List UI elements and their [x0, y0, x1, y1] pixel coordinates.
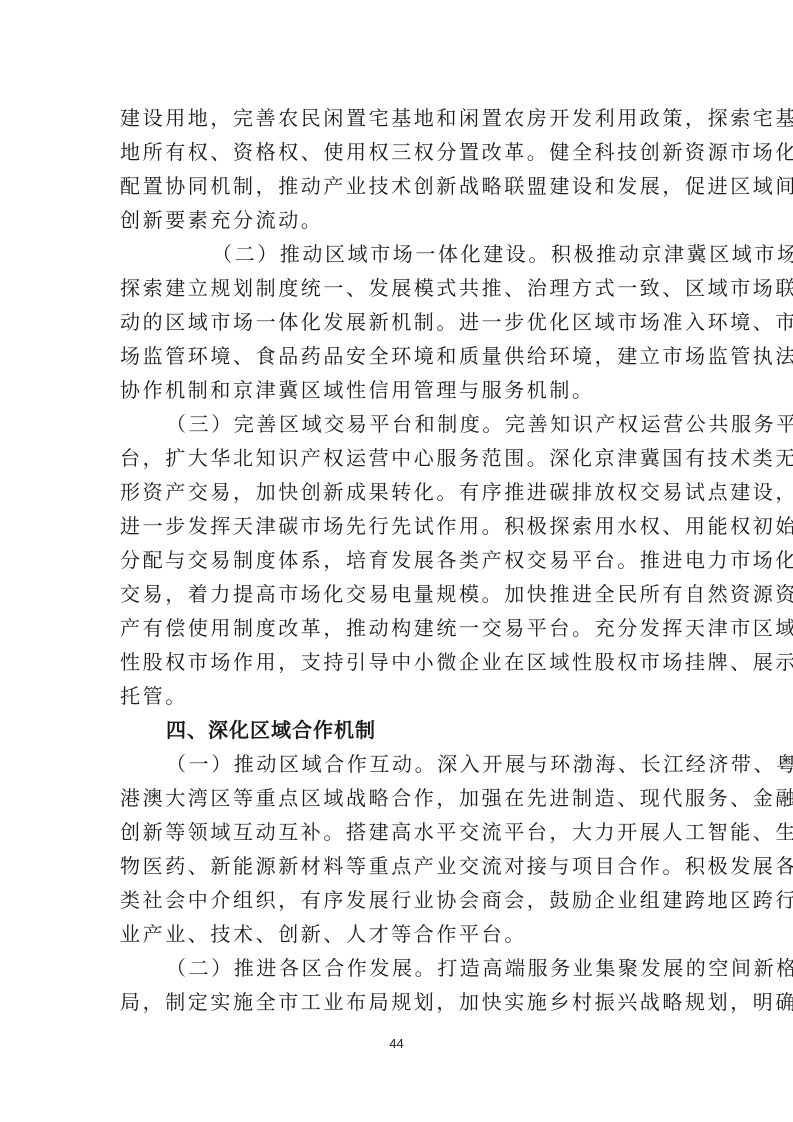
text-line: 性股权市场作用，支持引导中小微企业在区域性股权市场挂牌、展示、: [120, 645, 673, 679]
text-line: 产有偿使用制度改革，推动构建统一交易平台。充分发挥天津市区域: [120, 611, 673, 645]
text-line: 类社会中介组织，有序发展行业协会商会，鼓励企业组建跨地区跨行: [120, 883, 673, 917]
text-line: 港澳大湾区等重点区域战略合作，加强在先进制造、现代服务、金融: [120, 781, 673, 815]
text-line: 协作机制和京津冀区域性信用管理与服务机制。: [120, 373, 673, 407]
text-line: 配置协同机制，推动产业技术创新战略联盟建设和发展，促进区域间: [120, 169, 673, 203]
page-number: 44: [0, 1036, 793, 1051]
text-line: 局，制定实施全市工业布局规划，加快实施乡村振兴战略规划，明确: [120, 985, 673, 1019]
text-line: 台，扩大华北知识产权运营中心服务范围。深化京津冀国有技术类无: [120, 441, 673, 475]
text-line: 地所有权、资格权、使用权三权分置改革。健全科技创新资源市场化: [120, 135, 673, 169]
text-line: 进一步发挥天津碳市场先行先试作用。积极探索用水权、用能权初始: [120, 509, 673, 543]
paragraph-district-cooperation: （二）推进各区合作发展。打造高端服务业集聚发展的空间新格 局，制定实施全市工业布…: [120, 951, 673, 1019]
text-line: 创新要素充分流动。: [120, 203, 673, 237]
text-line: 动的区域市场一体化发展新机制。进一步优化区域市场准入环境、市: [120, 305, 673, 339]
paragraph-continuation: 建设用地，完善农民闲置宅基地和闲置农房开发利用政策，探索宅基 地所有权、资格权、…: [120, 101, 673, 237]
text-line: （二）推动区域市场一体化建设。积极推动京津冀区域市场建设，: [120, 237, 673, 271]
text-line: （三）完善区域交易平台和制度。完善知识产权运营公共服务平: [120, 407, 673, 441]
text-line: 分配与交易制度体系，培育发展各类产权交易平台。推进电力市场化: [120, 543, 673, 577]
text-line: 交易，着力提高市场化交易电量规模。加快推进全民所有自然资源资: [120, 577, 673, 611]
section-heading: 四、深化区域合作机制: [120, 713, 673, 747]
text-line: 创新等领域互动互补。搭建高水平交流平台，大力开展人工智能、生: [120, 815, 673, 849]
paragraph-cooperation-interaction: （一）推动区域合作互动。深入开展与环渤海、长江经济带、粤 港澳大湾区等重点区域战…: [120, 747, 673, 951]
text-line: 探索建立规划制度统一、发展模式共推、治理方式一致、区域市场联: [120, 271, 673, 305]
text-line: 形资产交易，加快创新成果转化。有序推进碳排放权交易试点建设，: [120, 475, 673, 509]
paragraph-trading-platform: （三）完善区域交易平台和制度。完善知识产权运营公共服务平 台，扩大华北知识产权运…: [120, 407, 673, 713]
paragraph-market-integration: （二）推动区域市场一体化建设。积极推动京津冀区域市场建设， 探索建立规划制度统一…: [120, 237, 673, 407]
text-line: 物医药、新能源新材料等重点产业交流对接与项目合作。积极发展各: [120, 849, 673, 883]
text-line: 托管。: [120, 679, 673, 713]
text-line: 场监管环境、食品药品安全环境和质量供给环境，建立市场监管执法: [120, 339, 673, 373]
text-line: （二）推进各区合作发展。打造高端服务业集聚发展的空间新格: [120, 951, 673, 985]
document-page: 建设用地，完善农民闲置宅基地和闲置农房开发利用政策，探索宅基 地所有权、资格权、…: [120, 101, 673, 1019]
text-line: 建设用地，完善农民闲置宅基地和闲置农房开发利用政策，探索宅基: [120, 101, 673, 135]
text-line: 业产业、技术、创新、人才等合作平台。: [120, 917, 673, 951]
text-line: （一）推动区域合作互动。深入开展与环渤海、长江经济带、粤: [120, 747, 673, 781]
